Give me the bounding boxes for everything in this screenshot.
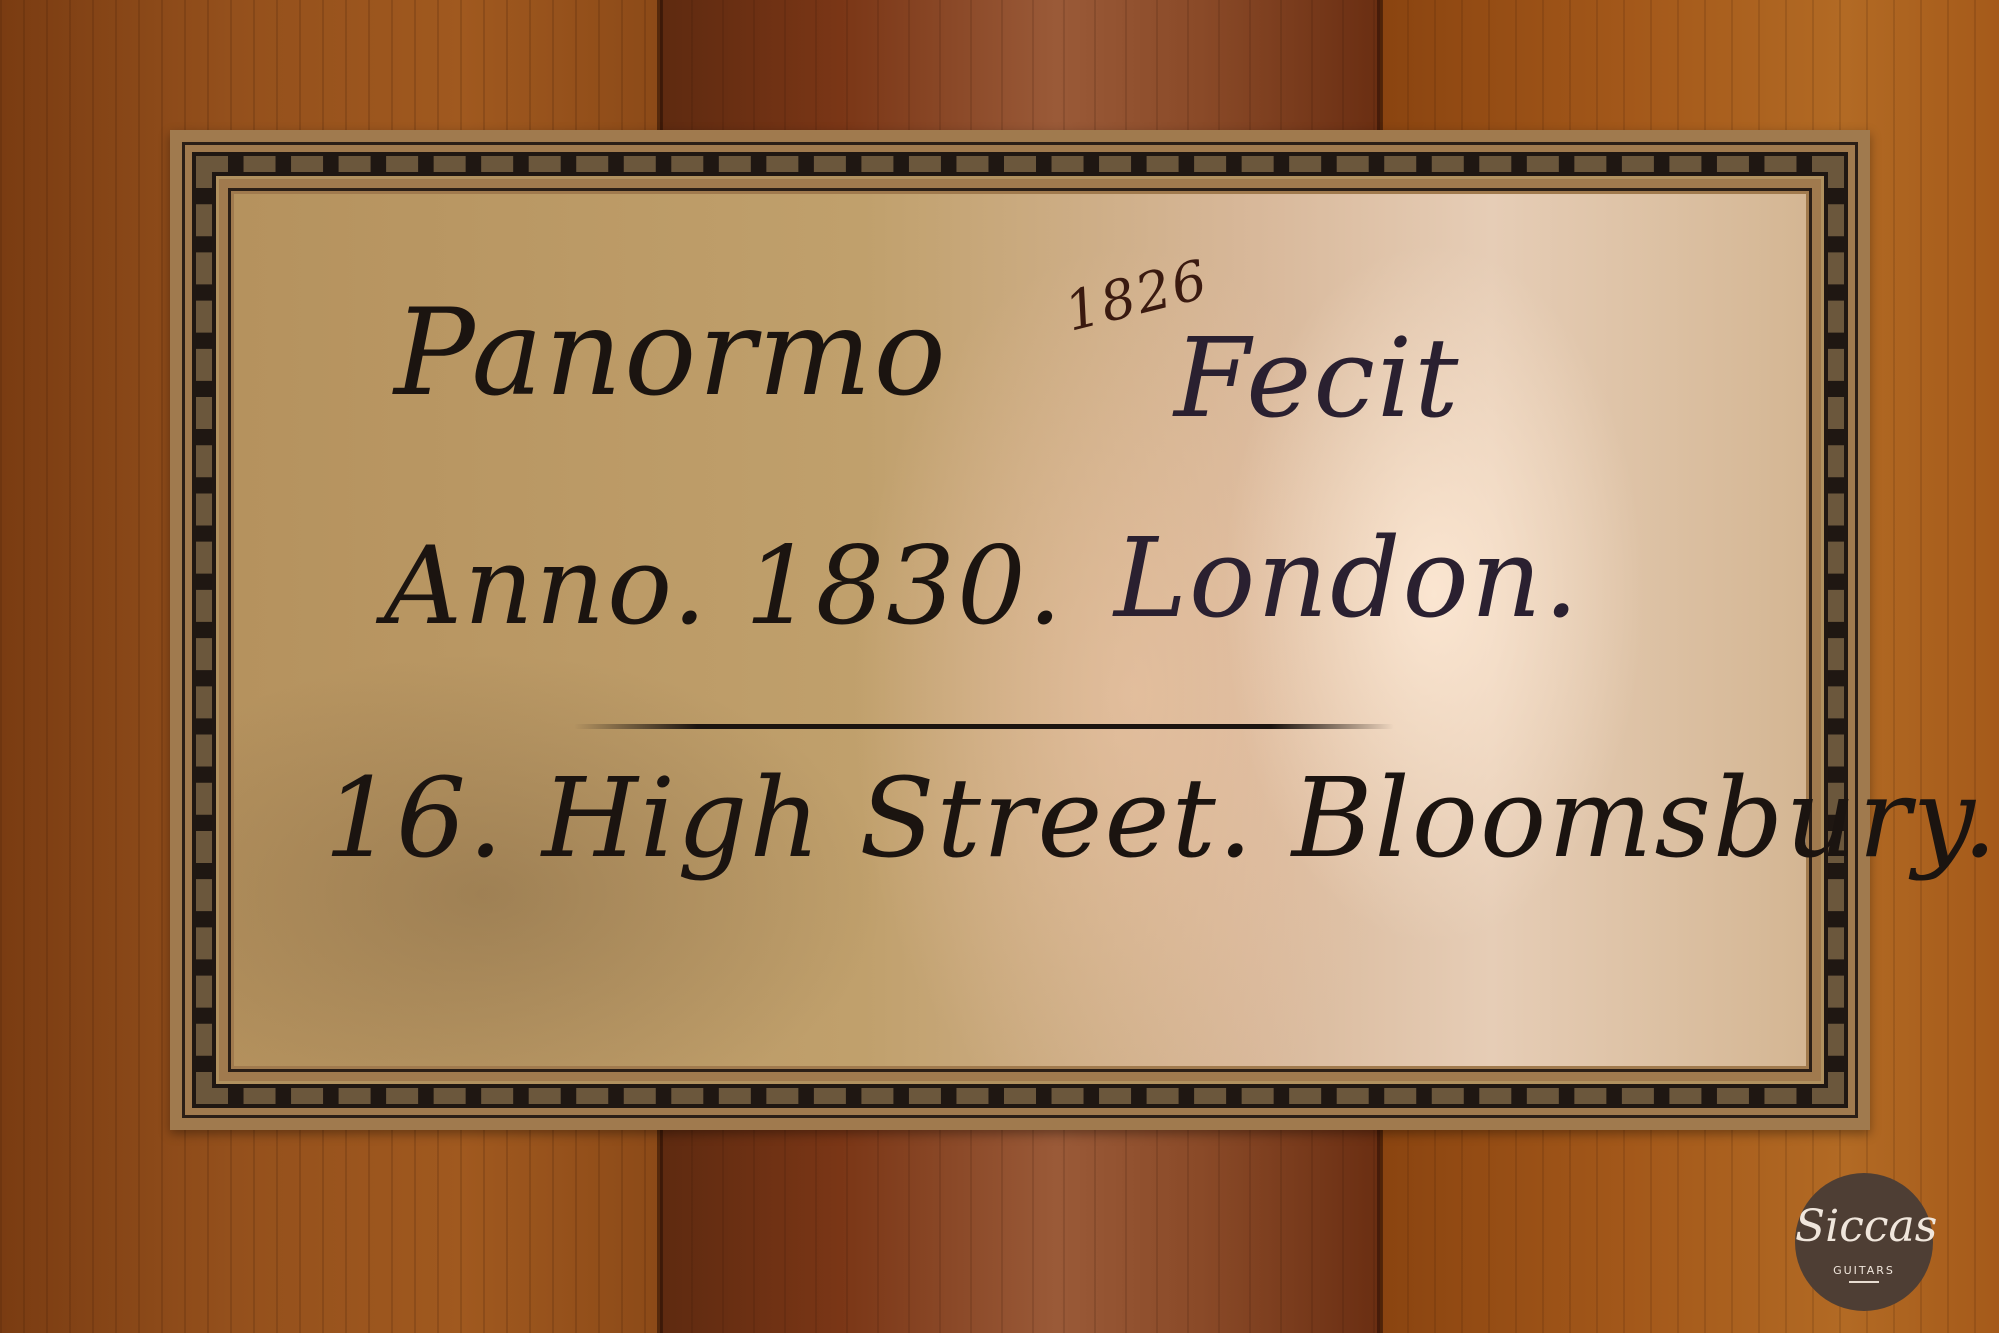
siccas-guitars-logo: Siccas GUITARS	[1795, 1173, 1933, 1311]
label-divider	[574, 724, 1394, 729]
fecit-word: Fecit	[1174, 314, 1460, 442]
maker-name: Panormo	[394, 284, 948, 423]
logo-underline	[1849, 1281, 1879, 1283]
label-city: London.	[1114, 514, 1581, 642]
label-year: Anno. 1830.	[384, 524, 1064, 649]
logo-subtitle: GUITARS	[1795, 1264, 1933, 1277]
label-address: 16. High Street. Bloomsbury.	[324, 754, 1999, 882]
maker-label: Panormo 1826 Fecit Anno. 1830. London. 1…	[170, 130, 1870, 1130]
logo-name: Siccas	[1795, 1201, 1933, 1252]
label-paper: Panormo 1826 Fecit Anno. 1830. London. 1…	[234, 194, 1806, 1066]
